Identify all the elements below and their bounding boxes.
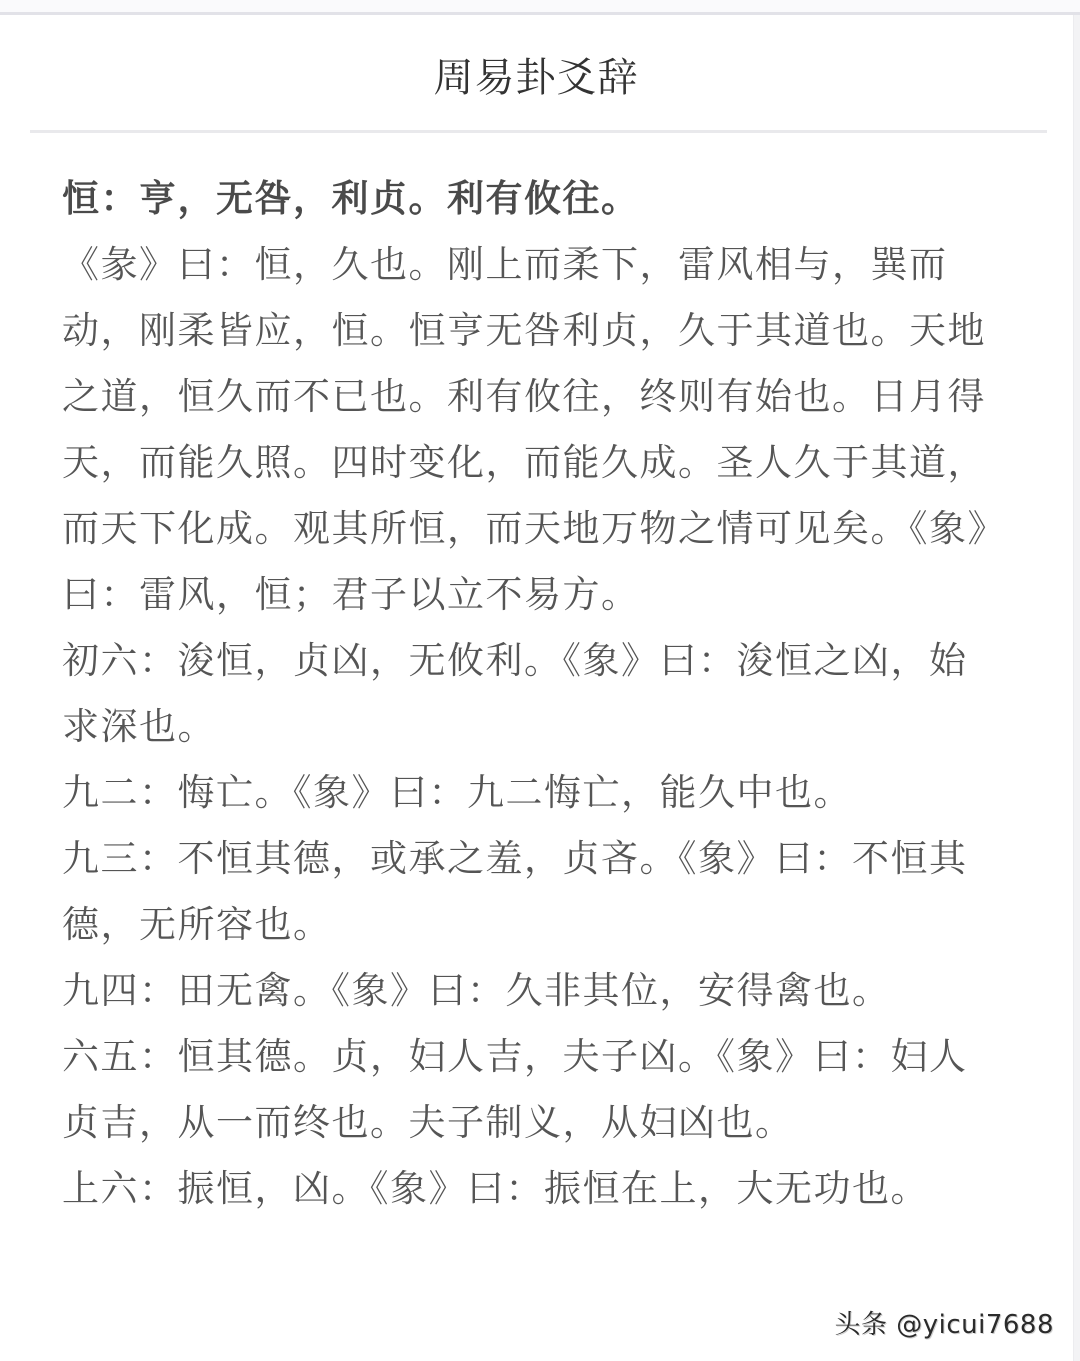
line-jiu-si: 九四：田无禽。《象》曰：久非其位，安得禽也。 xyxy=(62,958,992,1024)
document-page: 周易卦爻辞 恒：亨，无咎，利贞。利有攸往。 《彖》曰：恒，久也。刚上而柔下，雷风… xyxy=(0,18,1072,1361)
tuan-commentary: 《彖》曰：恒，久也。刚上而柔下，雷风相与，巽而动，刚柔皆应，恒。恒亨无咎利贞，久… xyxy=(62,232,992,628)
document-body: 恒：亨，无咎，利贞。利有攸往。 《彖》曰：恒，久也。刚上而柔下，雷风相与，巽而动… xyxy=(62,166,992,1222)
top-edge-bar xyxy=(0,0,1080,15)
line-jiu-er: 九二：悔亡。《象》曰：九二悔亡，能久中也。 xyxy=(62,760,992,826)
line-chu-liu: 初六：浚恒，贞凶，无攸利。《象》曰：浚恒之凶，始求深也。 xyxy=(62,628,992,760)
scrollbar-track[interactable] xyxy=(1073,15,1080,1361)
line-jiu-san: 九三：不恒其德，或承之羞，贞吝。《象》曰：不恒其德，无所容也。 xyxy=(62,826,992,958)
line-shang-liu: 上六：振恒，凶。《象》曰：振恒在上，大无功也。 xyxy=(62,1156,992,1222)
hexagram-judgment: 恒：亨，无咎，利贞。利有攸往。 xyxy=(62,166,992,232)
page-title: 周易卦爻辞 xyxy=(0,52,1072,104)
watermark: 头条 @yicui7688 xyxy=(834,1304,1054,1341)
line-liu-wu: 六五：恒其德。贞，妇人吉，夫子凶。《象》曰：妇人贞吉，从一而终也。夫子制义，从妇… xyxy=(62,1024,992,1156)
title-divider xyxy=(30,130,1047,133)
